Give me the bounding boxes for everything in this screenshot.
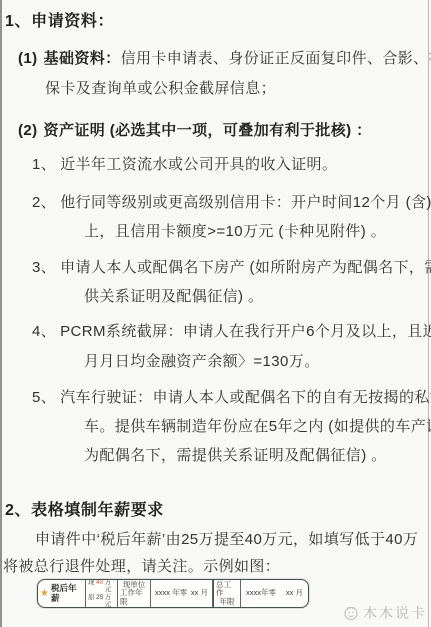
item2-label: 资产证明 (必选其中一项，可叠加有利于批核) ： (44, 122, 372, 139)
section2-line1: 申请件中‘税后年薪’由25万提至40万元，如填写低于40万 (35, 528, 418, 549)
cell-salary-values: 现 40 万元 原 25 万元 (86, 580, 118, 607)
salary-old-unit: 万元 (105, 594, 115, 609)
cell-total-tenure-label: 总工作 年限 (213, 580, 241, 607)
salary-new-prefix: 现 (88, 579, 95, 586)
salary-old-prefix: 原 (88, 594, 95, 601)
photo-left-edge (0, 0, 2, 627)
sub2-line2: 上，且信用卡额度>=10万元 (卡种见附件) 。 (84, 220, 386, 241)
sub5-line1: 5、汽车行驶证：申请人本人或配偶名下的自有无按揭的私家 (32, 386, 431, 407)
sub3-text1: 申请人本人或配偶名下房产 (如所附房产为配偶名下，需提 (60, 259, 431, 276)
salary-new-value: 40 (96, 579, 103, 586)
section1-title: 1、申请资料： (5, 8, 114, 31)
sub2-marker: 2、 (32, 194, 56, 211)
item1-marker: (1) (18, 50, 38, 67)
photo-right-edge (428, 0, 429, 627)
item1-line1: (1)基础资料：信用卡申请表、身份证正反面复印件、合影、社 (18, 47, 431, 68)
sub2-line1: 2、他行同等级别或更高级别信用卡：开户时间12个月 (含) 以 (32, 191, 431, 212)
item2-heading: (2)资产证明 (必选其中一项，可叠加有利于批核) ： (18, 119, 371, 140)
sub4-line2: 月月日均金融资产余额〉=130万。 (84, 350, 320, 371)
current-tenure-years: xxxx 年零 (155, 589, 187, 598)
item1-line2: 保卡及查询单或公积金截屏信息； (45, 77, 276, 98)
current-tenure-months: xx 月 (191, 589, 208, 598)
mumu-logo-icon (343, 605, 359, 621)
sub2-text1: 他行同等级别或更高级别信用卡：开户时间12个月 (含) 以 (60, 194, 431, 211)
sub1-marker: 1、 (32, 156, 56, 173)
sub5-marker: 5、 (32, 389, 56, 406)
total-tenure-line2: 年限 (220, 598, 235, 607)
total-tenure-months: xx 月 (286, 589, 303, 598)
sub4-line1: 4、PCRM系统截屏：申请人在我行开户6个月及以上，且近3个 (32, 320, 431, 341)
total-tenure-years: xxxx年零 (246, 589, 276, 598)
sub5-text1: 汽车行驶证：申请人本人或配偶名下的自有无按揭的私家 (60, 389, 431, 406)
sub4-marker: 4、 (32, 323, 56, 340)
sub3-marker: 3、 (32, 259, 56, 276)
salary-new-row: 现 40 万元 (88, 579, 115, 594)
salary-new-unit: 万元 (105, 579, 115, 594)
section2-title: 2、表格填制年薪要求 (5, 497, 164, 520)
sub3-line1: 3、申请人本人或配偶名下房产 (如所附房产为配偶名下，需提 (32, 256, 431, 277)
item1-text1: 信用卡申请表、身份证正反面复印件、合影、社 (121, 50, 431, 67)
star-icon: ★ (40, 589, 49, 599)
total-tenure-line1: 总工作 (216, 581, 238, 598)
document-page: 1、申请资料： (1)基础资料：信用卡申请表、身份证正反面复印件、合影、社 保卡… (0, 0, 431, 627)
sub5-line2: 车。提供车辆制造年份应在5年之内 (如提供的车产证明 (84, 415, 431, 436)
sub1-text: 近半年工资流水或公司开具的收入证明。 (60, 156, 337, 173)
item1-label: 基础资料： (44, 50, 121, 67)
item2-marker: (2) (18, 122, 38, 139)
current-tenure-line2: 工作年限 (120, 589, 148, 606)
watermark: 木木说卡 (343, 603, 427, 623)
salary-old-value: 25 (96, 594, 103, 601)
section2-line2: 将被总行退件处理，请关注。示例如图： (3, 555, 280, 576)
cell-current-tenure-value: xxxx 年零 xx 月 (151, 580, 213, 607)
salary-example-table: ★ 税后年薪 现 40 万元 原 25 万元 现单位 工作年限 xxxx 年零 … (37, 579, 309, 608)
cell-current-tenure-label: 现单位 工作年限 (118, 580, 151, 607)
sub3-line2: 供关系证明及配偶征信) 。 (84, 285, 263, 306)
cell-total-tenure-value: xxxx年零 xx 月 (241, 580, 308, 607)
salary-label-text: 税后年薪 (51, 584, 83, 604)
salary-old-row: 原 25 万元 (88, 594, 115, 609)
cell-salary-label: ★ 税后年薪 (38, 580, 86, 607)
sub4-text1: PCRM系统截屏：申请人在我行开户6个月及以上，且近3个 (60, 323, 431, 340)
sub5-line3: 为配偶名下，需提供关系证明及配偶征信) 。 (84, 444, 387, 465)
sub1-line1: 1、近半年工资流水或公司开具的收入证明。 (32, 153, 337, 174)
watermark-text: 木木说卡 (363, 603, 427, 623)
